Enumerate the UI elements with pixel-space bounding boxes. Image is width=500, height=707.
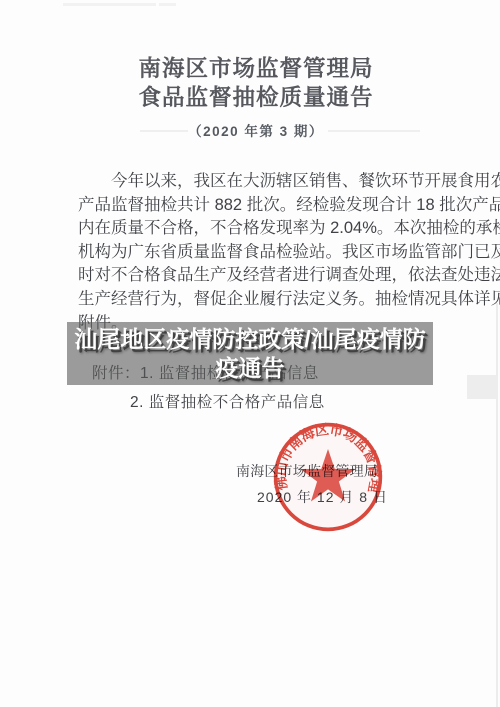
body-line: 今年以来，我区在大沥辖区销售、餐饮环节开展食用农 [78, 170, 434, 194]
document-page: 南海区市场监督管理局 食品监督抽检质量通告 （2020 年第 3 期） 今年以来… [0, 0, 500, 707]
document-title-block: 南海区市场监督管理局 食品监督抽检质量通告 （2020 年第 3 期） [78, 55, 434, 140]
issue-number: （2020 年第 3 期） [78, 120, 434, 140]
scan-artifact [159, 3, 176, 6]
document-title-line1: 南海区市场监督管理局 [78, 55, 434, 84]
body-line: 机构为广东省质量监督食品检验站。我区市场监管部门已及 [78, 241, 434, 265]
body-line: 生产经营行为，督促企业履行法定义务。抽检情况具体详见 [78, 288, 434, 312]
body-line: 产品监督抽检共计 882 批次。经检验发现合计 18 批次产品 [78, 194, 434, 218]
watermark-line1: 汕尾地区疫情防控政策/汕尾疫情防 [67, 325, 433, 354]
body-line: 内在质量不合格，不合格发现率为 2.04%。本次抽检的承检 [78, 217, 434, 241]
body-line: 时对不合格食品生产及经营者进行调查处理，依法查处违法 [78, 264, 434, 288]
scan-artifact [63, 3, 156, 6]
document-title-line2: 食品监督抽检质量通告 [78, 84, 434, 113]
scan-artifact [496, 303, 498, 707]
scan-artifact [467, 375, 498, 399]
attachment-item-2: 2. 监督抽检不合格产品信息 [130, 390, 325, 412]
official-seal: 佛山市南海区市场监督管理局 [271, 420, 385, 534]
body-paragraph: 今年以来，我区在大沥辖区销售、餐饮环节开展食用农 产品监督抽检共计 882 批次… [78, 170, 434, 335]
watermark-band: 汕尾地区疫情防控政策/汕尾疫情防 疫通告 [67, 322, 433, 385]
watermark-line2: 疫通告 [67, 354, 433, 383]
